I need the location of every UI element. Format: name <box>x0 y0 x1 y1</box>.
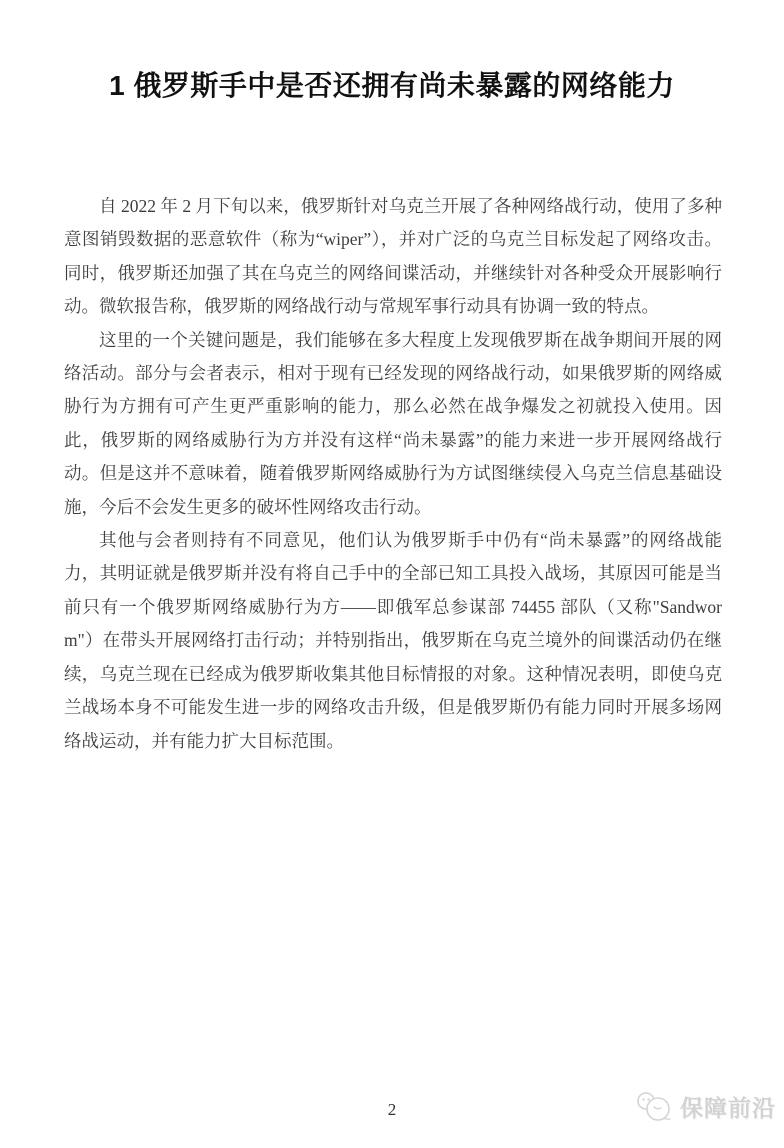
mascot-logo-icon <box>634 1091 674 1123</box>
paragraph: 这里的一个关键问题是，我们能够在多大程度上发现俄罗斯在战争期间开展的网络活动。部… <box>64 324 722 524</box>
watermark-text: 保障前沿 <box>680 1090 776 1123</box>
watermark: 保障前沿 <box>634 1090 776 1123</box>
section-heading: 1 俄罗斯手中是否还拥有尚未暴露的网络能力 <box>0 0 784 106</box>
document-body: 自 2022 年 2 月下旬以来，俄罗斯针对乌克兰开展了各种网络战行动，使用了多… <box>0 190 784 758</box>
document-page: 1 俄罗斯手中是否还拥有尚未暴露的网络能力 自 2022 年 2 月下旬以来，俄… <box>0 0 784 1148</box>
paragraph: 其他与会者则持有不同意见，他们认为俄罗斯手中仍有“尚未暴露”的网络战能力，其明证… <box>64 524 722 758</box>
paragraph: 自 2022 年 2 月下旬以来，俄罗斯针对乌克兰开展了各种网络战行动，使用了多… <box>64 190 722 324</box>
